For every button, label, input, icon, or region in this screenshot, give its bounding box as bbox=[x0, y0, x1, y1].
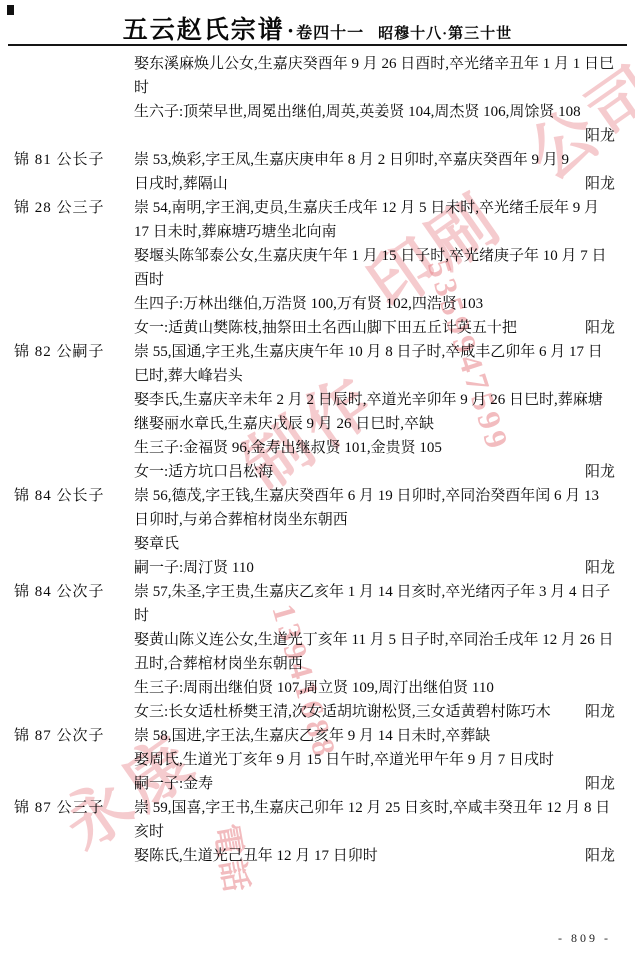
page-number: - 809 - bbox=[558, 931, 611, 946]
title-dot: · bbox=[285, 18, 296, 43]
record-text: 娶李氏,生嘉庆辛未年 2 月 2 日辰时,卒道光辛卯年 9 月 26 日巳时,葬… bbox=[134, 388, 615, 412]
yanglong-tag: 阳龙 bbox=[579, 556, 615, 580]
record-text: 崇 57,朱圣,字王贵,生嘉庆乙亥年 1 月 14 日亥时,卒光绪丙子年 3 月… bbox=[134, 580, 615, 628]
record-row: 锦 28 公三子 崇 54,南明,字王润,吏员,生嘉庆壬戌年 12 月 5 日未… bbox=[12, 196, 617, 340]
record-text: 娶东溪麻焕儿公女,生嘉庆癸酉年 9 月 26 日酉时,卒光绪辛丑年 1 月 1 … bbox=[134, 52, 615, 100]
yanglong-tag: 阳龙 bbox=[579, 844, 615, 868]
record-label: 锦 84 公长子 bbox=[12, 484, 134, 580]
genealogy-page: 公司 印刷 制作 永康 5359947599 13941688 電話 五云赵氏宗… bbox=[0, 0, 635, 968]
yanglong-tag: 阳龙 bbox=[579, 772, 615, 796]
record-text: 生三子:周雨出继伯贤 107,周立贤 109,周汀出继伯贤 110 bbox=[134, 676, 615, 700]
record-row: 娶东溪麻焕儿公女,生嘉庆癸酉年 9 月 26 日酉时,卒光绪辛丑年 1 月 1 … bbox=[12, 52, 617, 148]
record-label: 锦 82 公嗣子 bbox=[12, 340, 134, 484]
record-row: 锦 84 公长子 崇 56,德茂,字王钱,生嘉庆癸酉年 6 月 19 日卯时,卒… bbox=[12, 484, 617, 580]
record-label: 锦 84 公次子 bbox=[12, 580, 134, 724]
record-text: 娶章氏 bbox=[134, 532, 615, 556]
record-label: 锦 87 公三子 bbox=[12, 796, 134, 868]
header-rule bbox=[8, 44, 627, 46]
record-label: 锦 81 公长子 bbox=[12, 148, 134, 196]
record-row: 锦 87 公次子 崇 58,国进,字王法,生嘉庆乙亥年 9 月 14 日未时,卒… bbox=[12, 724, 617, 796]
yanglong-tag: 阳龙 bbox=[579, 700, 615, 724]
record-text: 崇 55,国通,字王兆,生嘉庆庚午年 10 月 8 日子时,卒咸丰乙卯年 6 月… bbox=[134, 340, 615, 388]
record-text: 女一:适黄山樊陈枝,抽祭田土名西山脚下田五丘计英五十把 bbox=[134, 316, 579, 340]
scan-speck bbox=[7, 5, 14, 15]
yanglong-tag: 阳龙 bbox=[579, 124, 615, 148]
generation-label: 昭穆十八·第三十世 bbox=[378, 26, 512, 42]
records-area: 娶东溪麻焕儿公女,生嘉庆癸酉年 9 月 26 日酉时,卒光绪辛丑年 1 月 1 … bbox=[12, 52, 617, 868]
record-text: 娶陈氏,生道光己丑年 12 月 17 日卯时 bbox=[134, 844, 579, 868]
record-text: 嗣一子:周汀贤 110 bbox=[134, 556, 579, 580]
record-text: 女三:长女适杜桥樊王清,次女适胡坑谢松贤,三女适黄碧村陈巧木 bbox=[134, 700, 579, 724]
record-text: 生六子:顶荣早世,周冕出继伯,周英,英姜贤 104,周杰贤 106,周馀贤 10… bbox=[134, 100, 615, 124]
yanglong-tag: 阳龙 bbox=[579, 460, 615, 484]
record-text: 崇 56,德茂,字王钱,生嘉庆癸酉年 6 月 19 日卯时,卒同治癸酉年闰 6 … bbox=[134, 484, 615, 532]
record-text: 生三子:金福贤 96,金寿出继叔贤 101,金贵贤 105 bbox=[134, 436, 615, 460]
volume-label: 卷四十一 bbox=[296, 25, 364, 42]
record-text: 崇 54,南明,字王润,吏员,生嘉庆壬戌年 12 月 5 日未时,卒光绪壬辰年 … bbox=[134, 196, 615, 244]
record-text: 生四子:万林出继伯,万浩贤 100,万有贤 102,四浩贤 103 bbox=[134, 292, 615, 316]
record-text: 娶堰头陈邹泰公女,生嘉庆庚午年 1 月 15 日子时,卒光绪庚子年 10 月 7… bbox=[134, 244, 615, 292]
yanglong-tag: 阳龙 bbox=[579, 316, 615, 340]
record-text: 女一:适方坑口吕松海 bbox=[134, 460, 579, 484]
record-text: 崇 53,焕彩,字王凤,生嘉庆庚申年 8 月 2 日卯时,卒嘉庆癸酉年 9 月 … bbox=[134, 148, 579, 196]
record-row: 锦 82 公嗣子 崇 55,国通,字王兆,生嘉庆庚午年 10 月 8 日子时,卒… bbox=[12, 340, 617, 484]
record-label: 锦 87 公次子 bbox=[12, 724, 134, 796]
record-row: 锦 87 公三子 崇 59,国喜,字王书,生嘉庆己卯年 12 月 25 日亥时,… bbox=[12, 796, 617, 868]
record-text: 继娶丽水章氏,生嘉庆戊辰 9 月 26 日巳时,卒缺 bbox=[134, 412, 615, 436]
record-text: 娶黄山陈义连公女,生道光丁亥年 11 月 5 日子时,卒同治壬戌年 12 月 2… bbox=[134, 628, 615, 676]
record-text: 崇 59,国喜,字王书,生嘉庆己卯年 12 月 25 日亥时,卒咸丰癸丑年 12… bbox=[134, 796, 615, 844]
record-text: 嗣一子:金寿 bbox=[134, 772, 579, 796]
record-label bbox=[12, 52, 134, 148]
record-row: 锦 84 公次子 崇 57,朱圣,字王贵,生嘉庆乙亥年 1 月 14 日亥时,卒… bbox=[12, 580, 617, 724]
book-title: 五云赵氏宗谱 bbox=[123, 17, 285, 44]
record-label: 锦 28 公三子 bbox=[12, 196, 134, 340]
record-text: 崇 58,国进,字王法,生嘉庆乙亥年 9 月 14 日未时,卒葬缺 bbox=[134, 724, 615, 748]
record-text: 娶周氏,生道光丁亥年 9 月 15 日午时,卒道光甲午年 9 月 7 日戌时 bbox=[134, 748, 615, 772]
record-row: 锦 81 公长子 崇 53,焕彩,字王凤,生嘉庆庚申年 8 月 2 日卯时,卒嘉… bbox=[12, 148, 617, 196]
yanglong-tag: 阳龙 bbox=[579, 172, 615, 196]
page-header: 五云赵氏宗谱·卷四十一昭穆十八·第三十世 bbox=[0, 10, 635, 46]
